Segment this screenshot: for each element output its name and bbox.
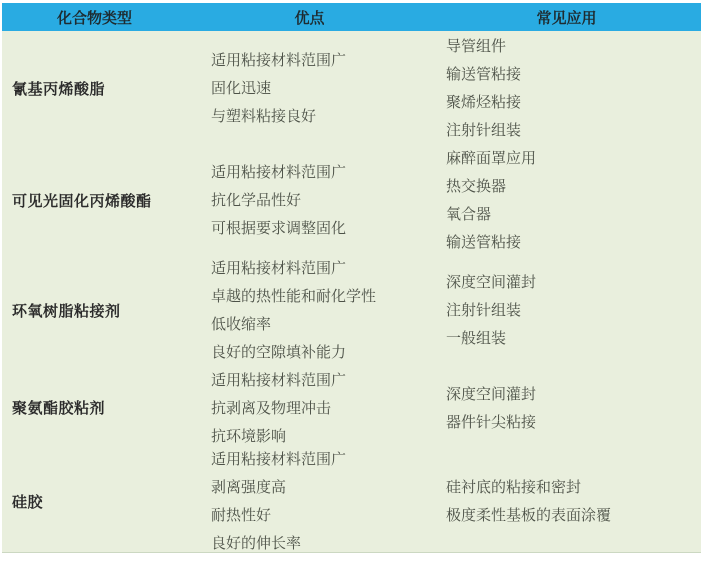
table-body: 氰基丙烯酸脂 适用粘接材料范围广 固化迅速 与塑料粘接良好 导管组件 输送管粘接… [2, 31, 701, 553]
advantages-cell: 适用粘接材料范围广 卓越的热性能和耐化学性 低收缩率 良好的空隙填补能力 [187, 254, 432, 366]
application-item: 一般组装 [446, 324, 701, 352]
application-item: 热交换器 [446, 172, 701, 200]
application-item: 深度空间灌封 [446, 380, 701, 408]
advantages-cell: 适用粘接材料范围广 固化迅速 与塑料粘接良好 [187, 46, 432, 130]
header-compound-type: 化合物类型 [2, 7, 187, 28]
compound-type: 可见光固化丙烯酸酯 [2, 190, 187, 211]
advantages-cell: 适用粘接材料范围广 抗剥离及物理冲击 抗环境影响 [187, 366, 432, 450]
applications-cell: 导管组件 输送管粘接 聚烯烃粘接 注射针组装 [432, 32, 701, 144]
application-item: 注射针组装 [446, 116, 701, 144]
advantages-cell: 适用粘接材料范围广 剥离强度高 耐热性好 良好的伸长率 [187, 445, 432, 557]
advantage-item: 良好的空隙填补能力 [211, 338, 432, 366]
compound-type: 环氧树脂粘接剂 [2, 300, 187, 321]
table-row: 硅胶 适用粘接材料范围广 剥离强度高 耐热性好 良好的伸长率 硅衬底的粘接和密封… [2, 450, 701, 552]
application-item: 麻醉面罩应用 [446, 144, 701, 172]
advantage-item: 卓越的热性能和耐化学性 [211, 282, 432, 310]
application-item: 器件针尖粘接 [446, 408, 701, 436]
applications-cell: 深度空间灌封 器件针尖粘接 [432, 380, 701, 436]
application-item: 导管组件 [446, 32, 701, 60]
advantage-item: 适用粘接材料范围广 [211, 46, 432, 74]
advantage-item: 与塑料粘接良好 [211, 102, 432, 130]
advantage-item: 良好的伸长率 [211, 529, 432, 557]
advantages-cell: 适用粘接材料范围广 抗化学品性好 可根据要求调整固化 [187, 158, 432, 242]
application-item: 输送管粘接 [446, 228, 701, 256]
header-advantages: 优点 [187, 7, 432, 28]
table-row: 氰基丙烯酸脂 适用粘接材料范围广 固化迅速 与塑料粘接良好 导管组件 输送管粘接… [2, 31, 701, 145]
application-item: 输送管粘接 [446, 60, 701, 88]
table-row: 环氧树脂粘接剂 适用粘接材料范围广 卓越的热性能和耐化学性 低收缩率 良好的空隙… [2, 255, 701, 365]
compound-type: 氰基丙烯酸脂 [2, 78, 187, 99]
advantage-item: 耐热性好 [211, 501, 432, 529]
compound-type: 聚氨酯胶粘剂 [2, 397, 187, 418]
advantage-item: 适用粘接材料范围广 [211, 158, 432, 186]
application-item: 硅衬底的粘接和密封 [446, 473, 701, 501]
adhesive-compounds-table: 化合物类型 优点 常见应用 氰基丙烯酸脂 适用粘接材料范围广 固化迅速 与塑料粘… [2, 3, 701, 553]
advantage-item: 剥离强度高 [211, 473, 432, 501]
table-header-row: 化合物类型 优点 常见应用 [2, 3, 701, 31]
applications-cell: 深度空间灌封 注射针组装 一般组装 [432, 268, 701, 352]
advantage-item: 适用粘接材料范围广 [211, 445, 432, 473]
table-row: 聚氨酯胶粘剂 适用粘接材料范围广 抗剥离及物理冲击 抗环境影响 深度空间灌封 器… [2, 365, 701, 450]
header-applications: 常见应用 [432, 7, 701, 28]
application-item: 氧合器 [446, 200, 701, 228]
applications-cell: 麻醉面罩应用 热交换器 氧合器 输送管粘接 [432, 144, 701, 256]
applications-cell: 硅衬底的粘接和密封 极度柔性基板的表面涂覆 [432, 473, 701, 529]
advantage-item: 适用粘接材料范围广 [211, 254, 432, 282]
table-row: 可见光固化丙烯酸酯 适用粘接材料范围广 抗化学品性好 可根据要求调整固化 麻醉面… [2, 145, 701, 255]
advantage-item: 抗化学品性好 [211, 186, 432, 214]
compound-type: 硅胶 [2, 491, 187, 512]
advantage-item: 低收缩率 [211, 310, 432, 338]
advantage-item: 可根据要求调整固化 [211, 214, 432, 242]
application-item: 注射针组装 [446, 296, 701, 324]
application-item: 聚烯烃粘接 [446, 88, 701, 116]
advantage-item: 适用粘接材料范围广 [211, 366, 432, 394]
advantage-item: 抗剥离及物理冲击 [211, 394, 432, 422]
application-item: 极度柔性基板的表面涂覆 [446, 501, 701, 529]
advantage-item: 固化迅速 [211, 74, 432, 102]
application-item: 深度空间灌封 [446, 268, 701, 296]
